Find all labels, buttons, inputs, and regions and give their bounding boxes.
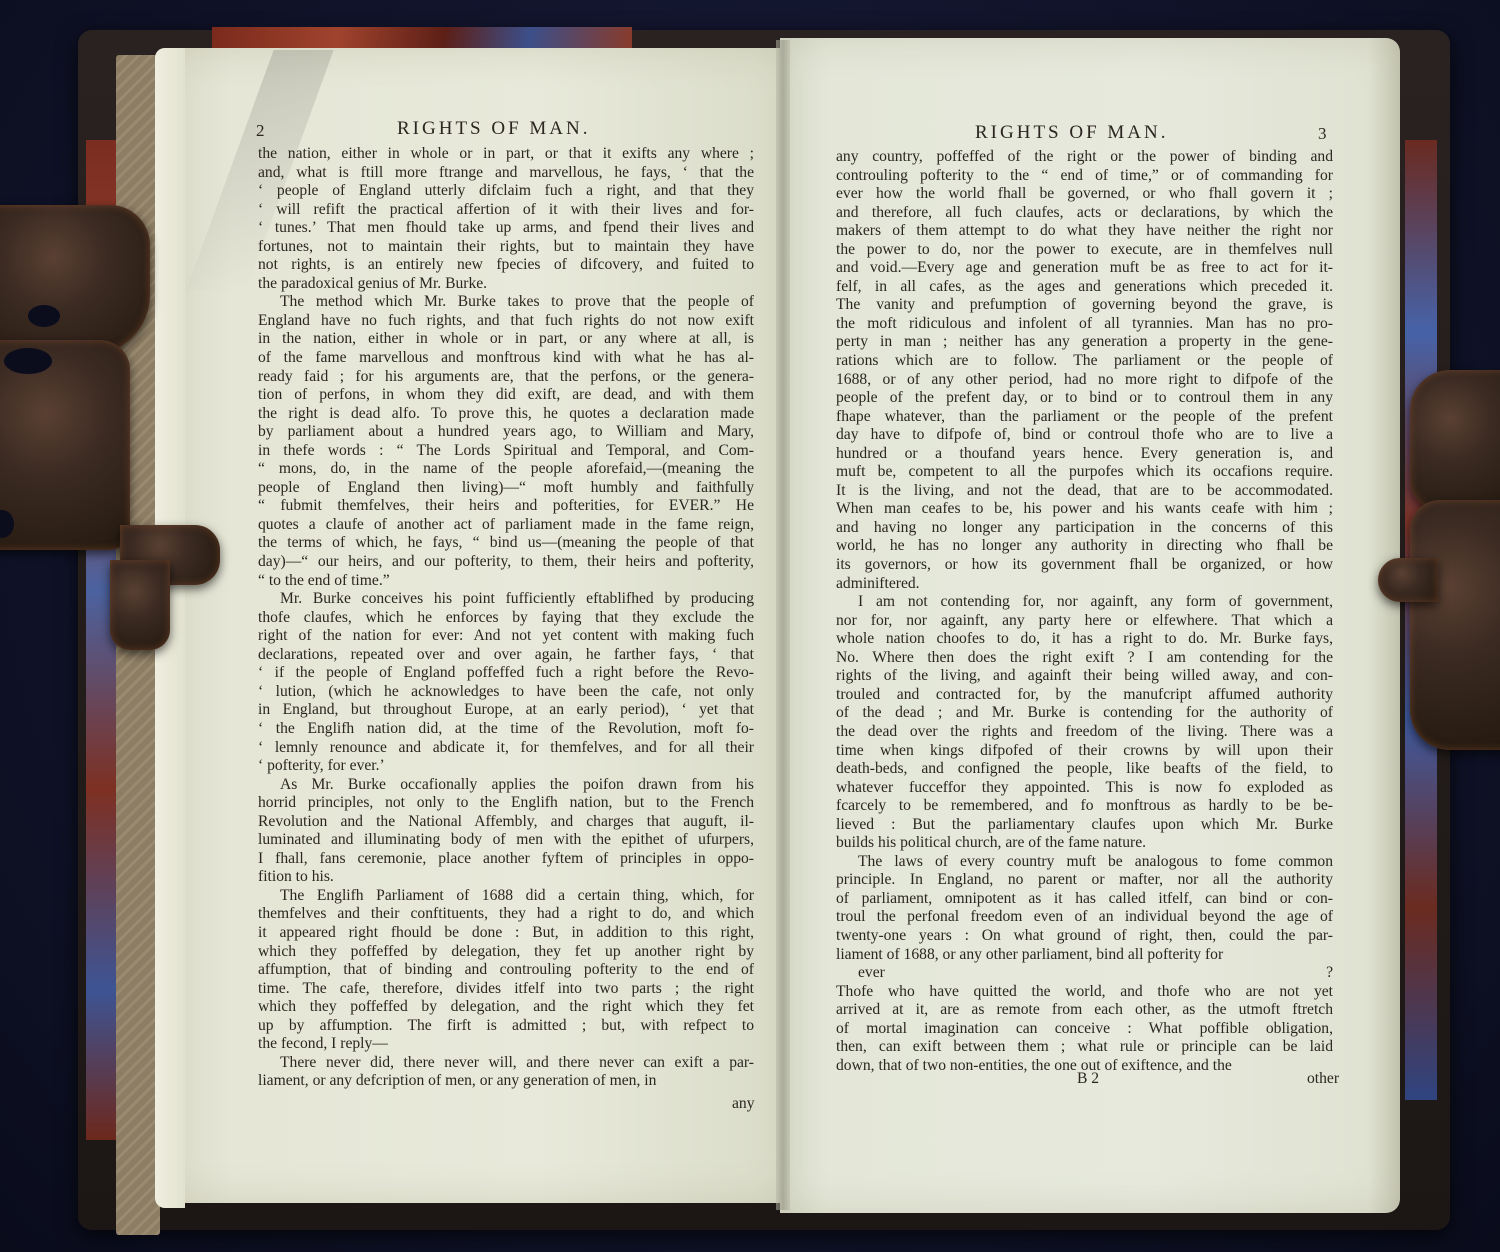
text-line: “ mons, do, in the name of the people af… [258, 460, 754, 479]
text-line: ‘ if the people of England poffeffed fuc… [258, 664, 754, 683]
text-line: When man ceafes to be, his power and his… [836, 500, 1333, 519]
text-line: quotes a claufe of another act of parlia… [258, 516, 754, 535]
text-line: ready faid ; for his arguments are, that… [258, 368, 754, 387]
left-page-number: 2 [256, 121, 265, 141]
text-line: whatever fucceffor they appointed. This … [836, 779, 1333, 798]
text-line: ever how the world fhall be governed, or… [836, 185, 1333, 204]
text-line: and therefore, all fuch claufes, acts or… [836, 204, 1333, 223]
left-catchword: any [732, 1095, 755, 1113]
text-line: of the fame marvellous and monftrous kin… [258, 349, 754, 368]
text-line: fhape whatever, than the parliament or t… [836, 408, 1333, 427]
text-line: trouled and contracted for, by the manuf… [836, 686, 1333, 705]
text-line: tion of perfons, in whom they did exift,… [258, 386, 754, 405]
text-line: ‘ the Englifh nation did, at the time of… [258, 720, 754, 739]
text-line: in England, but throughout Europe, at an… [258, 701, 754, 720]
right-catchword: other [1307, 1070, 1339, 1088]
text-line: whole nation choofes to do, it has a rig… [836, 630, 1333, 649]
text-line: declarations, repeated over and over aga… [258, 646, 754, 665]
text-line: in the nation, either in whole or in par… [258, 330, 754, 349]
text-line: makers of them attempt to do what they h… [836, 222, 1333, 241]
text-line: twenty-one years : On what ground of rig… [836, 927, 1333, 946]
text-line: the fecond, I reply— [258, 1035, 754, 1054]
text-line: Revolution and the National Affembly, an… [258, 813, 754, 832]
text-line: “ fubmit themfelves, their heirs and pof… [258, 497, 754, 516]
text-line: England have no fuch rights, and that fu… [258, 312, 754, 331]
text-line: the terms of which, he fays, “ bind us—(… [258, 534, 754, 553]
text-line: troul the perfonal freedom even of an in… [836, 908, 1333, 927]
text-line: ‘ tunes.’ That men fhould take up arms, … [258, 219, 754, 238]
text-line: world, he has no longer any authority in… [836, 537, 1333, 556]
text-line: controuling pofterity to the “ end of ti… [836, 167, 1333, 186]
right-running-head: RIGHTS OF MAN. [975, 122, 1169, 144]
right-book-clamp-lower [1410, 500, 1500, 750]
text-line: arrived at it, are as remote from each o… [836, 1001, 1333, 1020]
text-line: right of the nation for ever: And not ye… [258, 627, 754, 646]
text-line: the power to do, nor the power to execut… [836, 241, 1333, 260]
text-line: of parliament, omnipotent as it has call… [836, 890, 1333, 909]
text-line: liament, or any defcription of men, or a… [258, 1072, 754, 1091]
text-line: perty in man ; neither has any generatio… [836, 333, 1333, 352]
clamp-hole [0, 510, 14, 538]
left-clamp-foot [110, 560, 170, 650]
text-line: its governors, or how its government fha… [836, 556, 1333, 575]
text-line: ‘ pofterity, for ever.’ [258, 757, 754, 776]
text-line: ‘ lution, (which he acknowledges to have… [258, 683, 754, 702]
text-line: up by affumption. The firft is admitted … [258, 1017, 754, 1036]
text-line: day have to difpofe of, bind or controul… [836, 426, 1333, 445]
text-line: of the dead ; and Mr. Burke is contendin… [836, 704, 1333, 723]
text-line: it appeared right fhould be done : But, … [258, 924, 754, 943]
text-line: Mr. Burke conceives his point fufficient… [258, 590, 754, 609]
text-line: fortunes, not to maintain their rights, … [258, 238, 754, 257]
text-line: It is the living, and not the dead, that… [836, 482, 1333, 501]
text-line: “ to the end of time.” [258, 572, 754, 591]
text-line: people of England then living)—“ moft hu… [258, 479, 754, 498]
left-book-clamp [0, 205, 150, 355]
text-line: rights of the living, and againft their … [836, 667, 1333, 686]
text-line: in thefe words : “ The Lords Spiritual a… [258, 442, 754, 461]
right-page-text: any country, poffeffed of the right or t… [836, 148, 1333, 1075]
text-line: by parliament about a hundred years ago,… [258, 423, 754, 442]
text-line: felf, in all cafes, as the ages and gene… [836, 278, 1333, 297]
text-line: and, what is ftill more ftrange and marv… [258, 164, 754, 183]
text-line: horrid principles, not only to the Engli… [258, 794, 754, 813]
text-line: people of the prefent day, or to bind or… [836, 389, 1333, 408]
text-line: ‘ will refift the practical affertion of… [258, 201, 754, 220]
text-line: The method which Mr. Burke takes to prov… [258, 293, 754, 312]
text-line: time. The cafe, therefore, divides itfel… [258, 980, 754, 999]
text-line: the right is dead alfo. To prove this, h… [258, 405, 754, 424]
text-line: luminated and illuminating body of men w… [258, 831, 754, 850]
text-line: ‘ lemnly renounce and abdicate it, for t… [258, 739, 754, 758]
text-line: There never did, there never will, and t… [258, 1054, 754, 1073]
text-line: ever ? [836, 964, 1333, 983]
text-line: the nation, either in whole or in part, … [258, 145, 754, 164]
signature-mark: B 2 [1077, 1070, 1099, 1088]
text-line: thofe claufes, which he enforces by fayi… [258, 609, 754, 628]
right-book-clamp [1410, 370, 1500, 510]
text-line: which they poffeffed by delegation, they… [258, 943, 754, 962]
text-line: and void.—Every age and generation muft … [836, 259, 1333, 278]
text-line: not rights, is an entirely new fpecies o… [258, 256, 754, 275]
left-page-text: the nation, either in whole or in part, … [258, 145, 754, 1091]
text-line: death-beds, and configned the people, li… [836, 760, 1333, 779]
text-line: As Mr. Burke occafionally applies the po… [258, 776, 754, 795]
text-line: The Englifh Parliament of 1688 did a cer… [258, 887, 754, 906]
right-clamp-tab [1378, 558, 1438, 602]
text-line: affumption, that of binding and controul… [258, 961, 754, 980]
text-line: I fhall, fans ceremonie, place another f… [258, 850, 754, 869]
right-page-number: 3 [1318, 124, 1327, 144]
text-line: the paradoxical genius of Mr. Burke. [258, 275, 754, 294]
text-line: nor for, nor againft, any party here or … [836, 612, 1333, 631]
text-line: adminiftered. [836, 575, 1333, 594]
text-line: fcarcely to be remembered, and fo monftr… [836, 797, 1333, 816]
text-line: The laws of every country muft be analog… [836, 853, 1333, 872]
text-line: Thofe who have quitted the world, and th… [836, 983, 1333, 1002]
text-line: the dead over the rights and freedom of … [836, 723, 1333, 742]
text-line: the moft ridiculous and infolent of all … [836, 315, 1333, 334]
text-line: I am not contending for, nor againft, an… [836, 593, 1333, 612]
text-line: liament of 1688, or any other parliament… [836, 946, 1333, 965]
text-line: muft be, competent to all the purpofes w… [836, 463, 1333, 482]
text-line: day)—“ our heirs, and our pofterity, to … [258, 553, 754, 572]
text-line: lieved : But the parliamentary claufes u… [836, 816, 1333, 835]
text-line: of mortal imagination can conceive : Wha… [836, 1020, 1333, 1039]
text-line: The vanity and prefumption of governing … [836, 296, 1333, 315]
text-line: which they poffeffed by delegation, and … [258, 998, 754, 1017]
clamp-hole [28, 305, 60, 327]
text-line: principle. In England, no parent or maft… [836, 871, 1333, 890]
text-line: rations which are to follow. The parliam… [836, 352, 1333, 371]
text-line: 1688, or of any other period, had no mor… [836, 371, 1333, 390]
text-line: any country, poffeffed of the right or t… [836, 148, 1333, 167]
text-line: time when kings difpofed of their crowns… [836, 742, 1333, 761]
left-running-head: RIGHTS OF MAN. [397, 118, 591, 140]
clamp-hole [4, 348, 52, 374]
left-book-clamp-lower [0, 340, 130, 550]
text-line: ‘ people of England utterly difclaim fuc… [258, 182, 754, 201]
text-line: then, can exift between them ; what rule… [836, 1038, 1333, 1057]
text-line: and having no longer any participation i… [836, 519, 1333, 538]
text-line: No. Where then does the right exift ? I … [836, 649, 1333, 668]
text-line: themfelves and their conftituents, they … [258, 905, 754, 924]
book-gutter [776, 40, 790, 1210]
text-line: builds his political church, are of the … [836, 834, 1333, 853]
text-line: fition to his. [258, 868, 754, 887]
text-line: hundred or a thoufand years hence. Every… [836, 445, 1333, 464]
